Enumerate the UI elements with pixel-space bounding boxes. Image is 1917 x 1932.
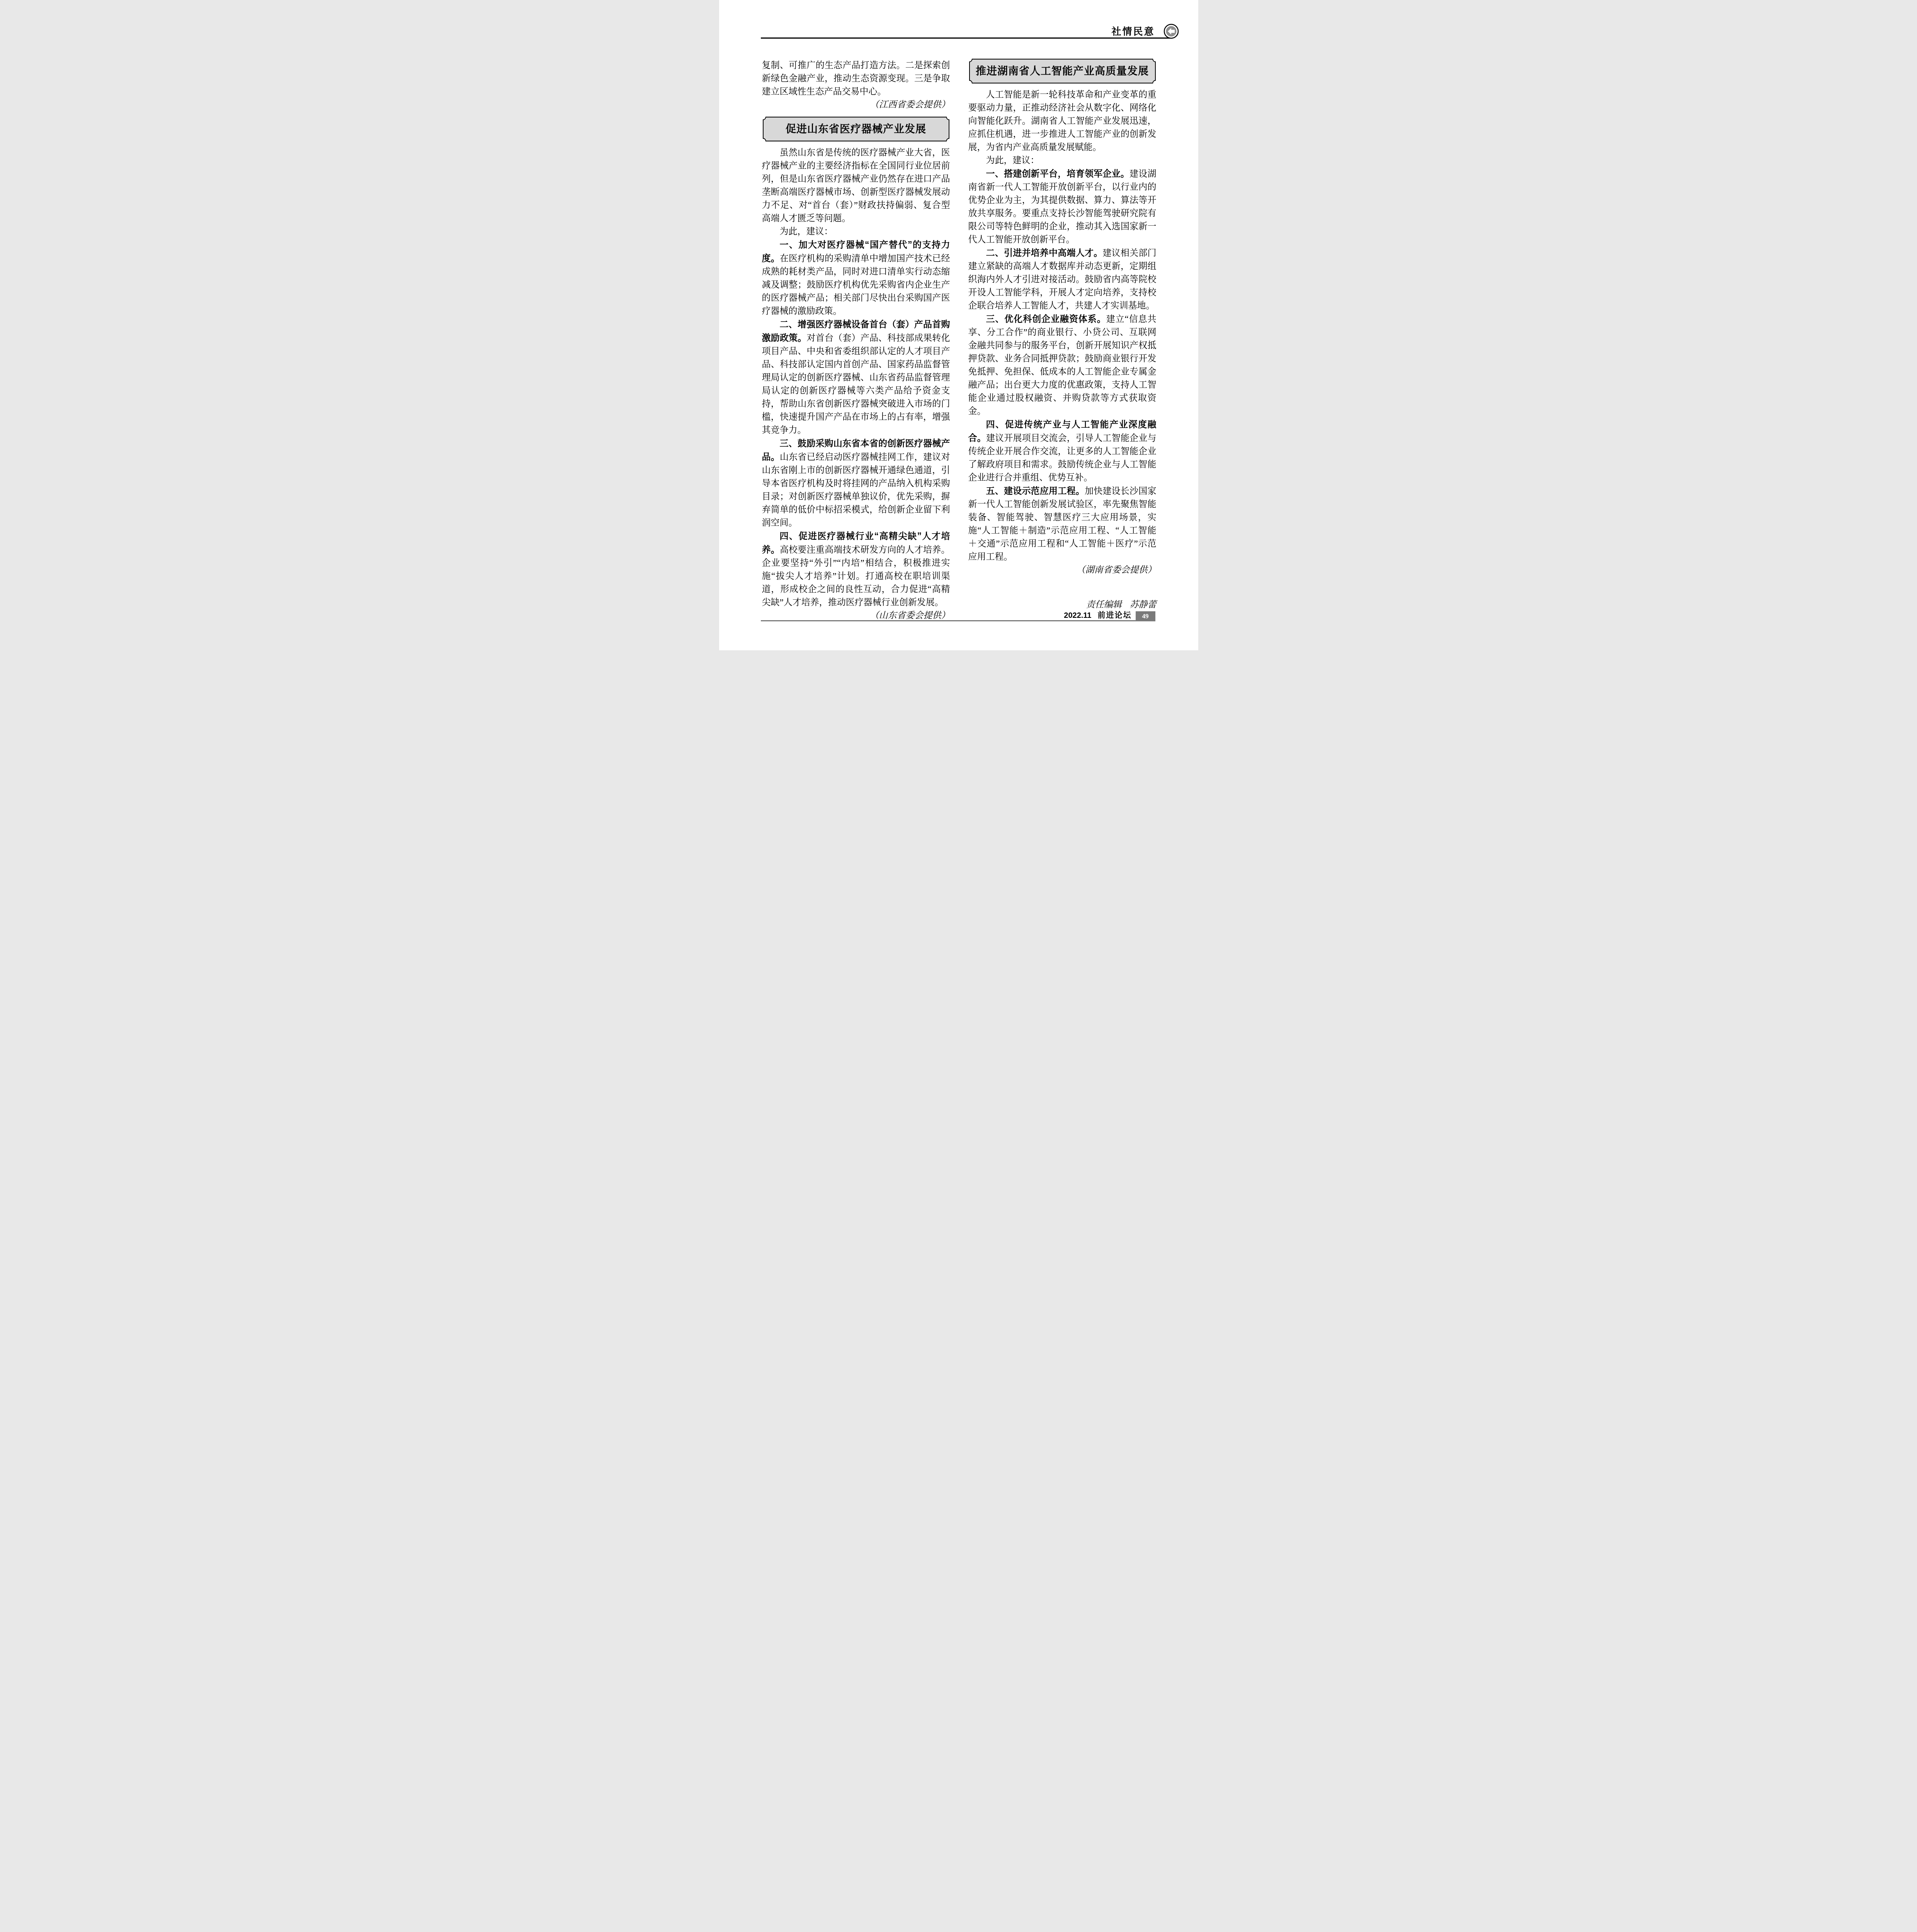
hunan-item-1-lead: 一、搭建创新平台，培育领军企业。 <box>986 168 1130 179</box>
section-label: 社情民意 <box>1111 24 1155 38</box>
editor-label: 责任编辑 <box>1086 600 1122 609</box>
hunan-item-1: 一、搭建创新平台，培育领军企业。建设湖南省新一代人工智能开放创新平台，以行业内的… <box>968 167 1157 246</box>
editor-name: 苏静蕾 <box>1130 600 1157 609</box>
hunan-item-2-lead: 二、引进并培养中高端人才。 <box>986 248 1103 258</box>
shandong-intro-paragraph: 虽然山东省是传统的医疗器械产业大省，医疗器械产业的主要经济指标在全国同行业位居前… <box>762 146 950 225</box>
hunan-item-2: 二、引进并培养中高端人才。建议相关部门建立紧缺的高端人才数据库并动态更新，定期组… <box>968 246 1157 312</box>
jiangxi-continuation-paragraph: 复制、可推广的生态产品打造方法。二是探索创新绿色金融产业，推动生态资源变现。三是… <box>762 59 950 98</box>
column-left: 复制、可推广的生态产品打造方法。二是探索创新绿色金融产业，推动生态资源变现。三是… <box>762 59 950 622</box>
back-arrow-icon <box>1163 24 1179 39</box>
hunan-intro-paragraph: 人工智能是新一轮科技革命和产业变革的重要驱动力量，正推动经济社会从数字化、网络化… <box>968 88 1157 154</box>
shandong-item-1: 一、加大对医疗器械“国产替代”的支持力度。在医疗机构的采购清单中增加国产技术已经… <box>762 238 950 318</box>
hunan-title-box: 推进湖南省人工智能产业高质量发展 <box>969 59 1156 83</box>
shandong-item-4-text: 高校要注重高端技术研发方向的人才培养。企业要坚持“外引”“内培”相结合，积极推进… <box>762 545 950 607</box>
shandong-title: 促进山东省医疗器械产业发展 <box>763 117 949 141</box>
page-number: 49 <box>1142 612 1149 620</box>
header-rule <box>761 37 1171 39</box>
hunan-suggest-label: 为此，建议： <box>968 154 1157 167</box>
hunan-title: 推进湖南省人工智能产业高质量发展 <box>969 59 1156 83</box>
shandong-item-1-text: 在医疗机构的采购清单中增加国产技术已经成熟的耗材类产品，同时对进口清单实行动态缩… <box>762 253 950 316</box>
hunan-attribution: （湖南省委会提供） <box>968 563 1157 577</box>
hunan-item-3-text: 建立“信息共享、分工合作”的商业银行、小贷公司、互联网金融共同参与的服务平台，创… <box>968 314 1157 416</box>
shandong-item-2: 二、增强医疗器械设备首台（套）产品首购激励政策。对首台（套）产品、科技部成果转化… <box>762 318 950 437</box>
magazine-page: 社情民意 复制、可推广的生态产品打造方法。二是探索创新绿色金融产业，推动生态资源… <box>719 0 1198 650</box>
shandong-suggest-label: 为此，建议： <box>762 225 950 238</box>
hunan-item-4: 四、促进传统产业与人工智能产业深度融合。建议开展项目交流会，引导人工智能企业与传… <box>968 418 1157 484</box>
shandong-item-3: 三、鼓励采购山东省本省的创新医疗器械产品。山东省已经启动医疗器械挂网工作，建议对… <box>762 437 950 529</box>
footer-text: 2022.11前进论坛 <box>1064 610 1131 621</box>
hunan-item-4-text: 建议开展项目交流会，引导人工智能企业与传统企业开展合作交流，让更多的人工智能企业… <box>968 433 1157 482</box>
shandong-item-4: 四、促进医疗器械行业“高精尖缺”人才培养。高校要注重高端技术研发方向的人才培养。… <box>762 529 950 609</box>
column-right: 推进湖南省人工智能产业高质量发展 人工智能是新一轮科技革命和产业变革的重要驱动力… <box>968 59 1157 611</box>
hunan-item-5-lead: 五、建设示范应用工程。 <box>986 486 1085 496</box>
hunan-item-5: 五、建设示范应用工程。加快建设长沙国家新一代人工智能创新发展试验区，率先聚焦智能… <box>968 484 1157 563</box>
jiangxi-attribution: （江西省委会提供） <box>762 98 950 111</box>
footer-issue: 2022.11 <box>1064 611 1091 620</box>
editor-line: 责任编辑苏静蕾 <box>968 598 1157 611</box>
hunan-item-3-lead: 三、优化科创企业融资体系。 <box>986 314 1106 324</box>
shandong-title-box: 促进山东省医疗器械产业发展 <box>763 117 949 141</box>
shandong-item-2-text: 对首台（套）产品、科技部成果转化项目产品、中央和省委组织部认定的人才项目产品、科… <box>762 333 950 435</box>
hunan-item-1-text: 建设湖南省新一代人工智能开放创新平台，以行业内的优势企业为主，为其提供数据、算力… <box>968 169 1157 244</box>
footer-journal-name: 前进论坛 <box>1098 611 1132 620</box>
hunan-item-5-text: 加快建设长沙国家新一代人工智能创新发展试验区，率先聚焦智能装备、智能驾驶、智慧医… <box>968 486 1157 561</box>
page-number-badge: 49 <box>1136 611 1155 621</box>
shandong-item-3-text: 山东省已经启动医疗器械挂网工作，建议对山东省刚上市的创新医疗器械开通绿色通道，引… <box>762 452 950 527</box>
hunan-item-3: 三、优化科创企业融资体系。建立“信息共享、分工合作”的商业银行、小贷公司、互联网… <box>968 312 1157 418</box>
